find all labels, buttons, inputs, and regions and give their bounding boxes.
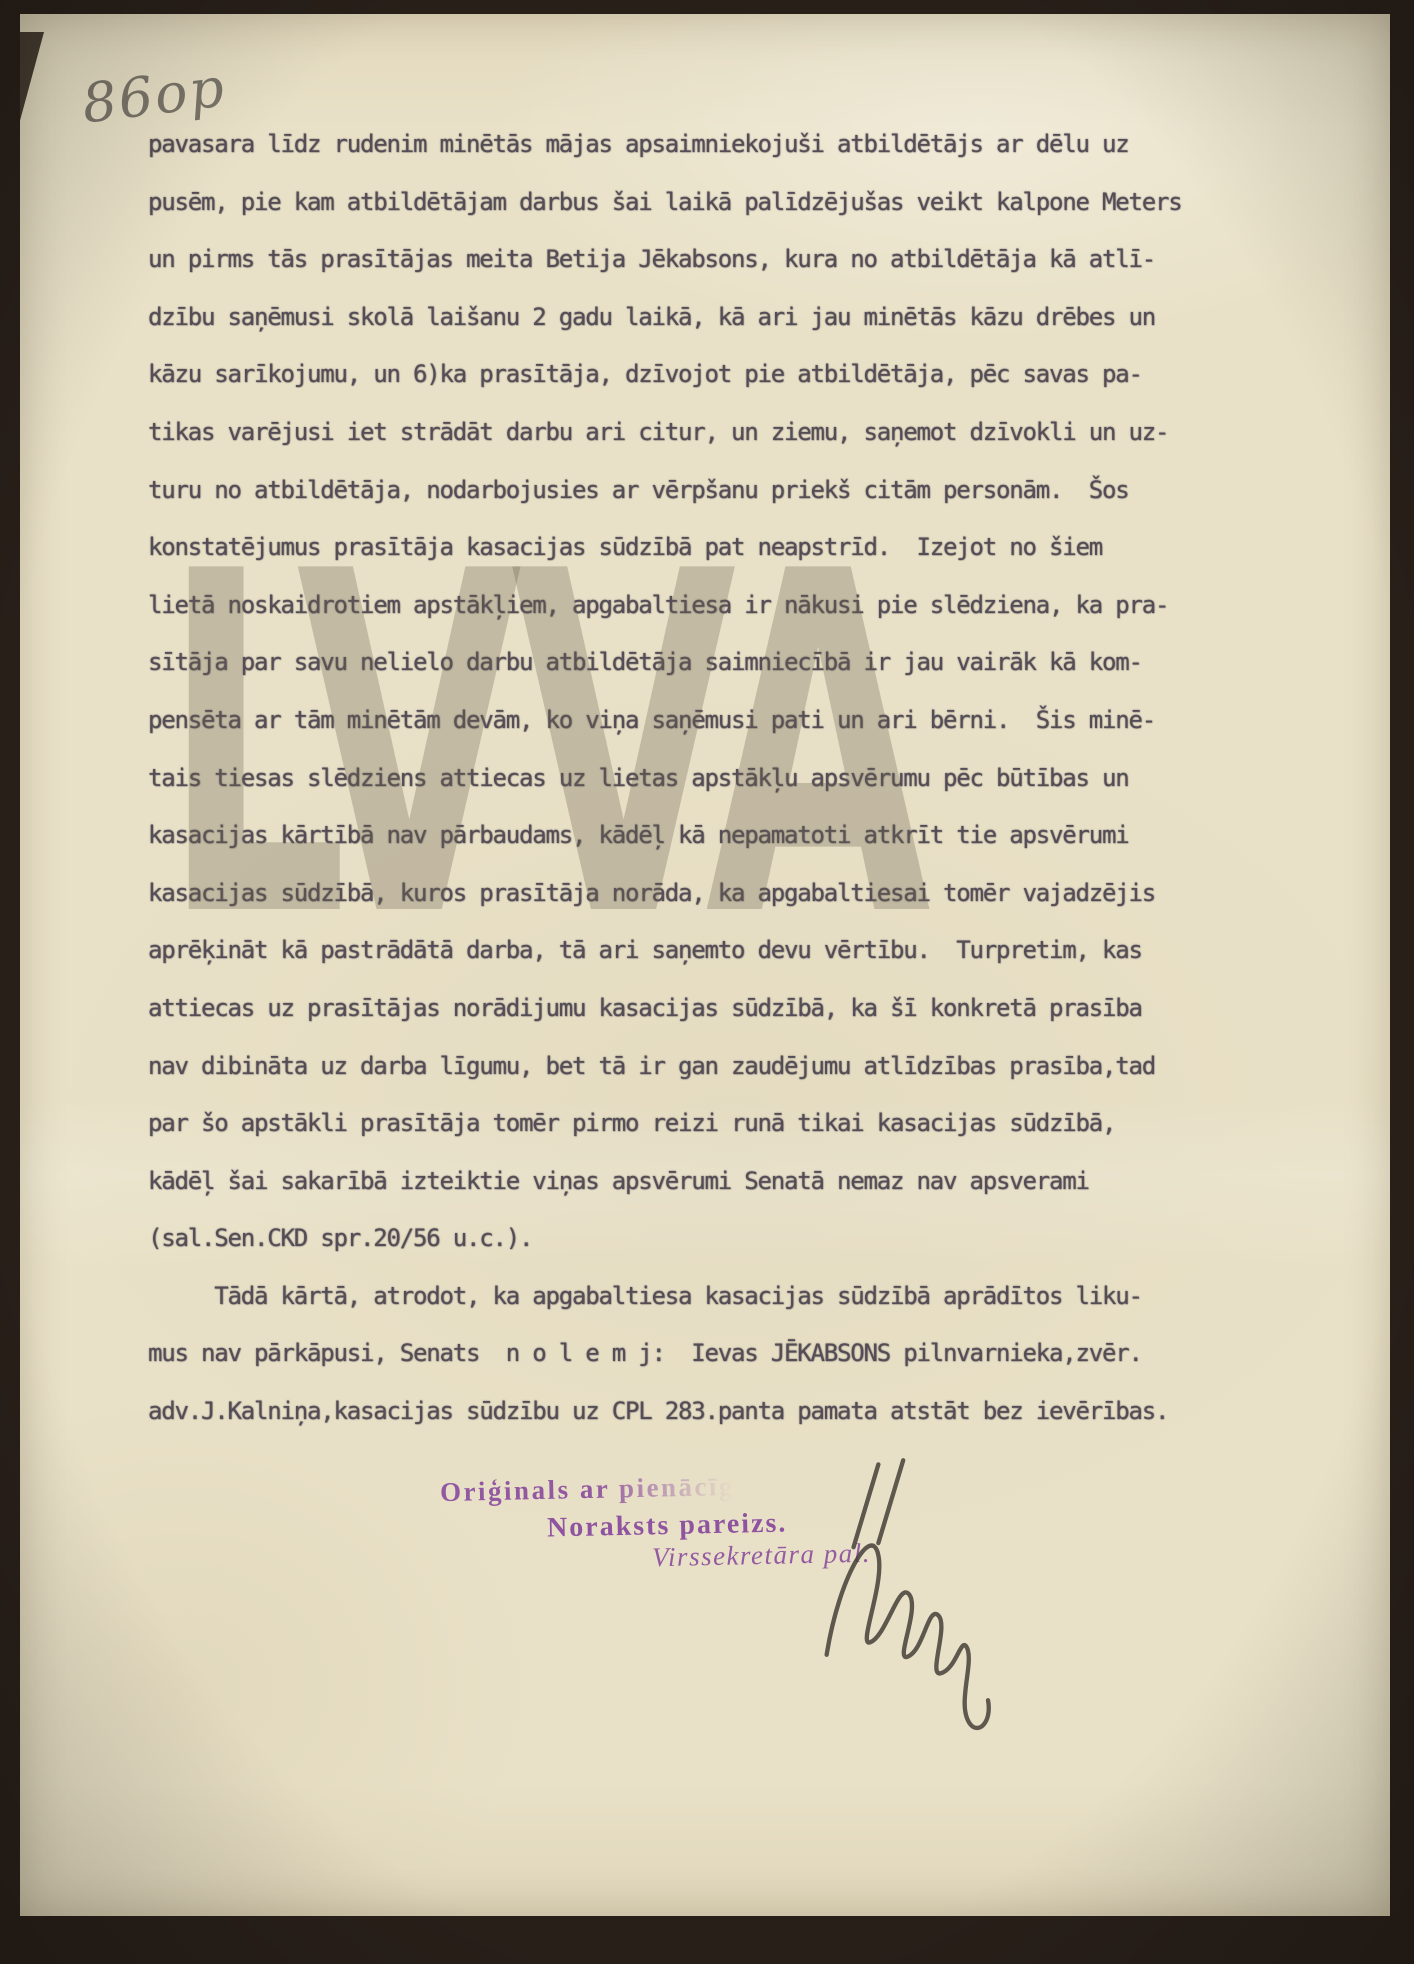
text-line: (sal.Sen.CKD spr.20/56 u.c.). xyxy=(148,1210,1181,1268)
stamp-copy-correct: Noraksts pareizs. xyxy=(547,1507,788,1544)
text-line: mus nav pārkāpusi, Senats n o l e m j: I… xyxy=(148,1325,1181,1383)
text-line: kasacijas sūdzībā, kuros prasītāja norād… xyxy=(148,865,1181,923)
text-line: nav dibināta uz darba līgumu, bet tā ir … xyxy=(148,1038,1181,1096)
text-line: tikas varējusi iet strādāt darbu ari cit… xyxy=(148,404,1181,462)
text-line: aprēķināt kā pastrādātā darba, tā ari sa… xyxy=(148,922,1181,980)
text-line: un pirms tās prasītājas meita Betija Jēk… xyxy=(148,231,1181,289)
paper-sheet: 86op LVVA pavasara līdz rudenim minētās … xyxy=(20,14,1390,1916)
handwritten-signature xyxy=(792,1452,1002,1752)
text-line: par šo apstākli prasītāja tomēr pirmo re… xyxy=(148,1095,1181,1153)
text-line: tais tiesas slēdziens attiecas uz lietas… xyxy=(148,750,1181,808)
text-line: adv.J.Kalniņa,kasacijas sūdzību uz CPL 2… xyxy=(148,1383,1181,1441)
text-line: pavasara līdz rudenim minētās mājas apsa… xyxy=(148,116,1181,174)
text-line: kādēļ šai sakarībā izteiktie viņas apsvē… xyxy=(148,1153,1181,1211)
text-line: pensēta ar tām minētām devām, ko viņa sa… xyxy=(148,692,1181,750)
text-line: kāzu sarīkojumu, un 6)ka prasītāja, dzīv… xyxy=(148,346,1181,404)
text-line: dzību saņēmusi skolā laišanu 2 gadu laik… xyxy=(148,289,1181,347)
document-body: pavasara līdz rudenim minētās mājas apsa… xyxy=(148,116,1181,1441)
text-line: attiecas uz prasītājas norādijumu kasaci… xyxy=(148,980,1181,1038)
text-line: sītāja par savu nelielo darbu atbildētāj… xyxy=(148,634,1181,692)
text-line: turu no atbildētāja, nodarbojusies ar vē… xyxy=(148,462,1181,520)
text-line: pusēm, pie kam atbildētājam darbus šai l… xyxy=(148,174,1181,232)
text-line: lietā noskaidrotiem apstākļiem, apgabalt… xyxy=(148,577,1181,635)
text-line: konstatējumus prasītāja kasacijas sūdzīb… xyxy=(148,519,1181,577)
text-line: Tādā kārtā, atrodot, ka apgabaltiesa kas… xyxy=(148,1268,1181,1326)
scanned-document-photo: { "photo": { "handwritten_page_number": … xyxy=(0,0,1414,1964)
stamp-original-note: Oriģinals ar pienācīg xyxy=(440,1471,736,1508)
text-line: kasacijas kārtībā nav pārbaudams, kādēļ … xyxy=(148,807,1181,865)
